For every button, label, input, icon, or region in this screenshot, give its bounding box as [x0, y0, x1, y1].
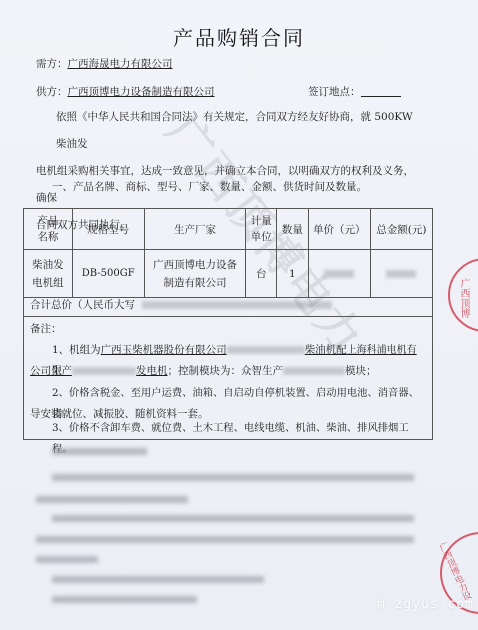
cell-product: 柴油发电机组: [24, 250, 73, 298]
header-product: 产品名称: [24, 209, 73, 250]
cell-total-redacted: [370, 250, 432, 298]
engine-maker: 广西玉柴机器股份有限公司: [101, 344, 227, 356]
header-model: 规格型号: [72, 209, 144, 250]
seller-name: 广西顶博电力设备制造有限公司: [68, 86, 233, 98]
sign-place-blank: [361, 96, 401, 97]
sign-place-label: 签订地点：: [308, 86, 361, 98]
table-row: 柴油发电机组 DB-500GF 广西顶博电力设备制造有限公司 台 1: [24, 250, 433, 298]
sign-place: 签订地点：: [308, 84, 401, 99]
seller-line: 供方：广西顶博电力设备制造有限公司: [36, 84, 233, 99]
cell-model: DB-500GF: [72, 250, 144, 298]
buyer-line: 需方：广西海晟电力有限公司: [36, 56, 191, 71]
grand-total-label: 合计总价（人民币大写: [30, 299, 135, 311]
site-watermark: m.zgyus.com: [377, 597, 474, 612]
contract-page: 产品购销合同 需方：广西海晟电力有限公司 供方：广西顶博电力设备制造有限公司 签…: [0, 0, 478, 630]
header-total: 总金额(元): [370, 209, 432, 250]
document-title: 产品购销合同: [0, 22, 478, 51]
buyer-label: 需方：: [36, 58, 68, 70]
cell-manufacturer: 广西顶博电力设备制造有限公司: [144, 250, 246, 298]
seller-label: 供方：: [36, 86, 68, 98]
buyer-name: 广西海晟电力有限公司: [68, 58, 191, 70]
company-seal-top: 广西顶博: [448, 258, 478, 332]
note-1-line-2: 公司生产发电机；控制模块为：众智生产模块；: [30, 361, 426, 382]
